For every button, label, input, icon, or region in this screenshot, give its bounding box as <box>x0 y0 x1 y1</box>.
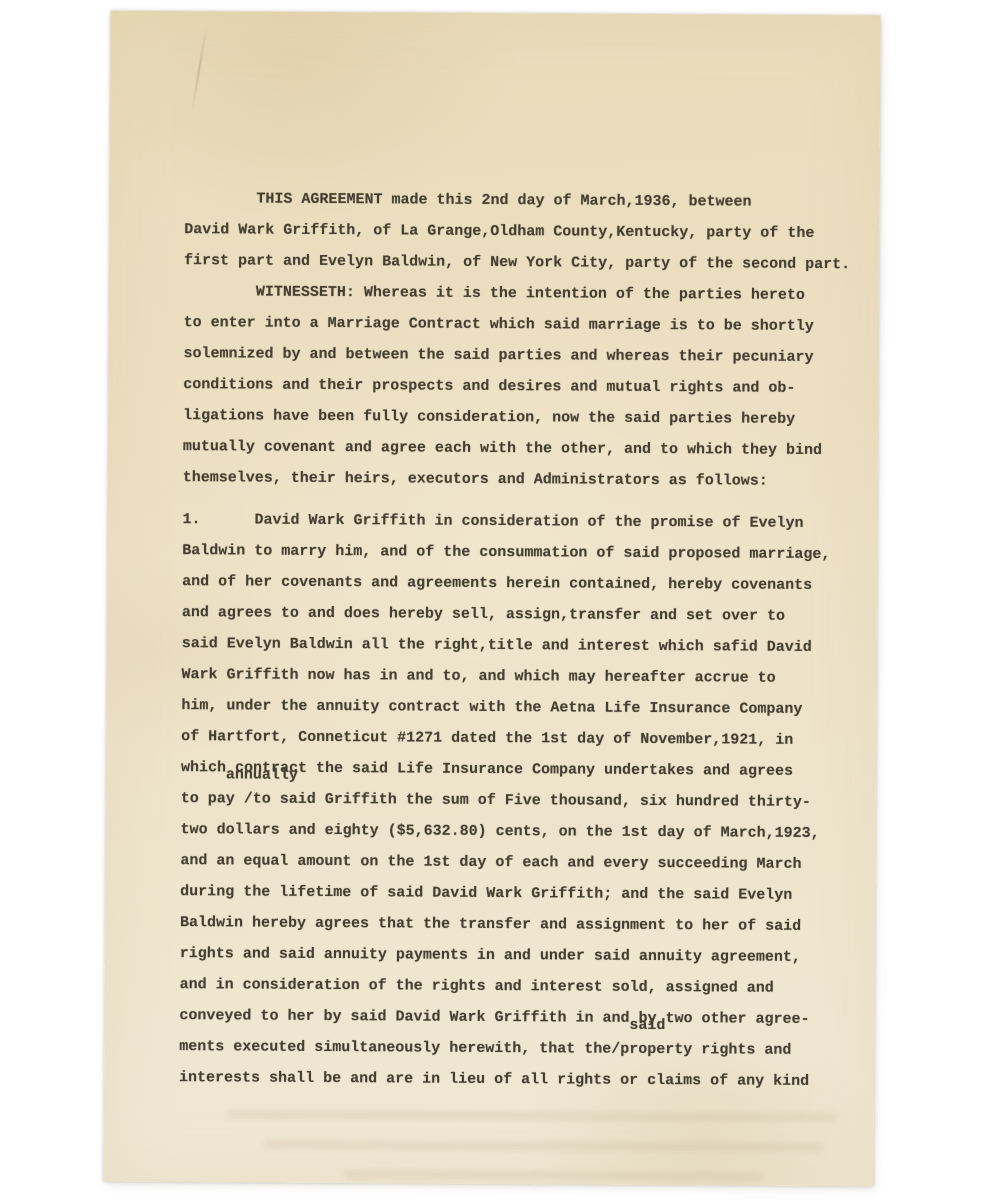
document-line: and an equal amount on the 1st day of ea… <box>180 845 846 880</box>
paper-bleedthrough <box>343 1170 763 1181</box>
document-line: to pay /to said Griffith the sum of Five… <box>181 783 847 818</box>
document-line: him, under the annuity contract with the… <box>181 690 847 725</box>
document-line: solemnized by and between the said parti… <box>183 338 849 373</box>
document-line: mutually covenant and agree each with th… <box>183 431 849 466</box>
document-line: conveyed to her by said David Wark Griff… <box>179 1000 845 1035</box>
document-page: THIS AGREEMENT made this 2nd day of Marc… <box>103 11 880 1187</box>
document-line: themselves, their heirs, executors and A… <box>183 462 849 497</box>
document-line: of Hartfort, Conneticut #1271 dated the … <box>181 721 847 756</box>
document-line: David Wark Griffith, of La Grange,Oldham… <box>184 214 850 249</box>
document-line: and agrees to and does hereby sell, assi… <box>182 597 848 632</box>
document-line: during the lifetime of said David Wark G… <box>180 876 846 911</box>
document-line: Baldwin to marry him, and of the consumm… <box>182 535 848 570</box>
document-line: two dollars and eighty ($5,632.80) cents… <box>180 814 846 849</box>
interlinear-insertion: said <box>629 1018 665 1034</box>
document-line: 1. David Wark Griffith in consideration … <box>182 504 848 539</box>
document-line: THIS AGREEMENT made this 2nd day of Marc… <box>184 183 850 218</box>
document-line: and in consideration of the rights and i… <box>180 969 846 1004</box>
document-line: and of her covenants and agreements here… <box>182 566 848 601</box>
document-line: Wark Griffith now has in and to, and whi… <box>181 659 847 694</box>
document-line: to enter into a Marriage Contract which … <box>184 307 850 342</box>
paper-bleedthrough <box>264 1140 824 1152</box>
paper-crease <box>191 26 207 113</box>
document-line: conditions and their prospects and desir… <box>183 369 849 404</box>
document-line: rights and said annuity payments in and … <box>180 938 846 973</box>
document-text: THIS AGREEMENT made this 2nd day of Marc… <box>179 183 851 1097</box>
document-line: ligations have been fully consideration,… <box>183 400 849 435</box>
document-line: ments executed simultaneously herewith, … <box>179 1031 845 1066</box>
document-line: first part and Evelyn Baldwin, of New Yo… <box>184 245 850 280</box>
interlinear-insertion: annually <box>226 767 298 783</box>
document-line: WITNESSETH: Whereas it is the intention … <box>184 276 850 311</box>
scan-background: THIS AGREEMENT made this 2nd day of Marc… <box>0 0 981 1200</box>
paper-bleedthrough <box>227 1109 837 1122</box>
document-line: Baldwin hereby agrees that the transfer … <box>180 907 846 942</box>
document-line: interests shall be and are in lieu of al… <box>179 1062 845 1097</box>
document-line: said Evelyn Baldwin all the right,title … <box>182 628 848 663</box>
